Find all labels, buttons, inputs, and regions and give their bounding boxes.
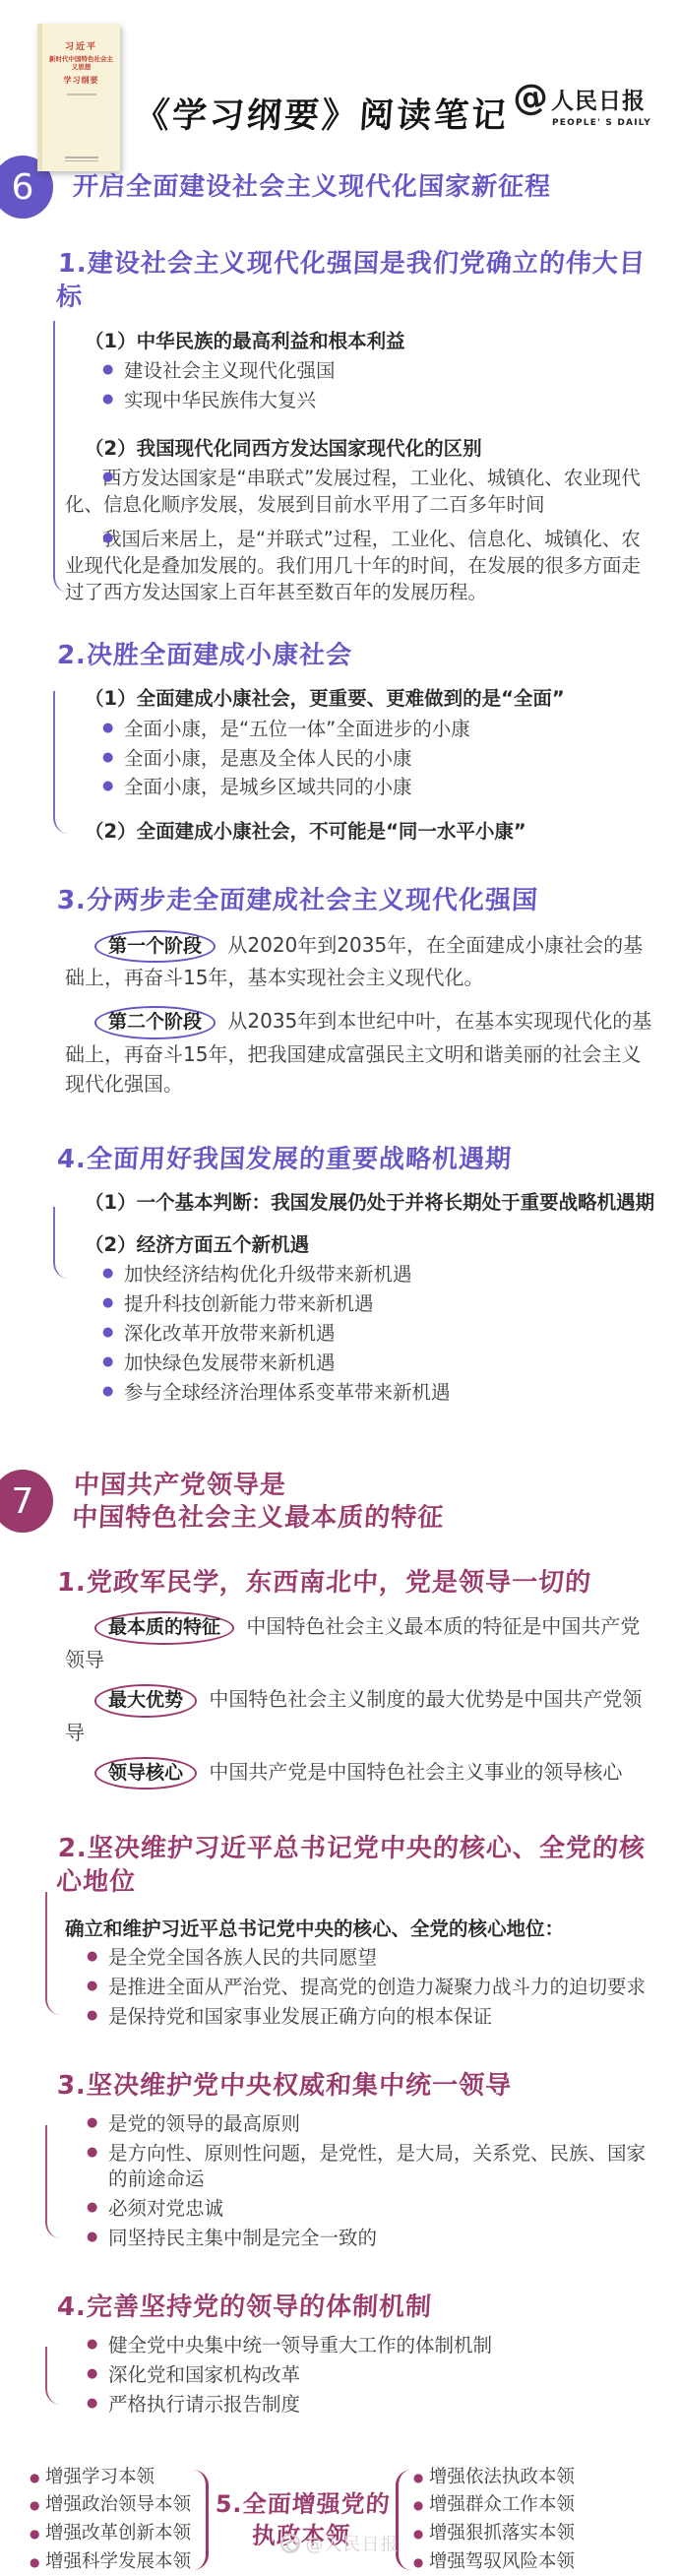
list-item: 是方向性、原则性问题，是党性，是大局，关系党、民族、国家的前途命运 bbox=[87, 2141, 655, 2194]
branch-line bbox=[45, 2125, 61, 2238]
block-6-4: 4.全面用好我国发展的重要战略机遇期 （1）一个基本判断：我国发展仍处于并将长期… bbox=[0, 1144, 679, 1407]
tag-3-label: 领导核心 bbox=[94, 1757, 197, 1791]
branch-line bbox=[45, 2347, 61, 2405]
list-item: 是全党全国各族人民的共同愿望 bbox=[87, 1945, 655, 1972]
section-7-number-badge: 7 bbox=[0, 1470, 53, 1533]
list-item: 全面小康，是城乡区域共同的小康 bbox=[102, 775, 655, 801]
logo-subtitle: PEOPLE' S DAILY bbox=[552, 118, 651, 128]
branch-line bbox=[45, 1892, 61, 2015]
section-6: 6 开启全面建设社会主义现代化国家新征程 1.建设社会主义现代化强国是我们党确立… bbox=[0, 156, 679, 1407]
book-title-line3: 学习纲要 bbox=[47, 75, 115, 86]
list-7-4: 健全党中央集中统一领导重大工作的体制机制 深化党和国家机构改革 严格执行请示报告… bbox=[87, 2333, 655, 2419]
list-6-2-1: 全面小康，是“五位一体”全面进步的小康 全面小康，是惠及全体人民的小康 全面小康… bbox=[102, 717, 655, 802]
watermark-text: @人民日报 bbox=[306, 2531, 400, 2556]
tag-1-label: 最本质的特征 bbox=[94, 1611, 234, 1645]
block-6-1: 1.建设社会主义现代化强国是我们党确立的伟大目标 （1）中华民族的最高利益和根本… bbox=[0, 248, 679, 606]
subheading-6-2-1: （1）全面建成小康社会，更重要、更难做到的是“全面” bbox=[85, 686, 655, 712]
section-7-title: 中国共产党领导是 中国特色社会主义最本质的特征 bbox=[71, 1470, 446, 1534]
section-7: 7 中国共产党领导是 中国特色社会主义最本质的特征 1.党政军民学，东西南北中，… bbox=[0, 1470, 679, 2576]
list-item: 增强群众工作本领 bbox=[413, 2491, 575, 2520]
stage-1: 第一个阶段 从2020年到2035年，在全面建成小康社会的基础上，再奋斗15年，… bbox=[65, 930, 655, 993]
block-7-3: 3.坚决维护党中央权威和集中统一领导 是党的领导的最高原则 是方向性、原则性问题… bbox=[0, 2070, 679, 2252]
list-item: 是保持党和国家事业发展正确方向的根本保证 bbox=[87, 2004, 655, 2031]
branch-line bbox=[53, 1207, 69, 1279]
heading-6-2: 2.决胜全面建成小康社会 bbox=[56, 640, 658, 673]
list-item: 深化党和国家机构改革 bbox=[87, 2362, 655, 2389]
subheading-6-1-1: （1）中华民族的最高利益和根本利益 bbox=[85, 329, 655, 354]
block-7-5: 增强学习本领 增强政治领导本领 增强改革创新本领 增强科学发展本领 5.全面增强… bbox=[30, 2464, 661, 2576]
list-item: 参与全球经济治理体系变革带来新机遇 bbox=[102, 1380, 655, 1407]
list-item: 建设社会主义现代化强国 bbox=[102, 358, 655, 385]
heading-6-3: 3.分两步走全面建成社会主义现代化强国 bbox=[56, 885, 658, 918]
section-7-title-line2: 中国特色社会主义最本质的特征 bbox=[71, 1501, 445, 1534]
block-7-4: 4.完善坚持党的领导的体制机制 健全党中央集中统一领导重大工作的体制机制 深化党… bbox=[0, 2292, 679, 2419]
infographic-page: 习近平 新时代中国特色社会主义思想 学习纲要 《学习纲要》阅读笔记 @ 人民日报… bbox=[0, 0, 679, 2576]
section-7-title-line1: 中国共产党领导是 bbox=[73, 1470, 447, 1502]
heading-7-1: 1.党政军民学，东西南北中，党是领导一切的 bbox=[56, 1567, 658, 1601]
list-item: 严格执行请示报告制度 bbox=[87, 2392, 655, 2419]
book-cover-rule bbox=[67, 94, 96, 95]
heading-6-1: 1.建设社会主义现代化强国是我们党确立的伟大目标 bbox=[55, 248, 659, 315]
tag-2: 最大优势 中国特色社会主义制度的最大优势是中国共产党领导 bbox=[65, 1684, 655, 1747]
list-7-5-left: 增强学习本领 增强政治领导本领 增强改革创新本领 增强科学发展本领 bbox=[30, 2464, 191, 2576]
section-7-header: 7 中国共产党领导是 中国特色社会主义最本质的特征 bbox=[0, 1470, 679, 1534]
section-6-title: 开启全面建设社会主义现代化国家新征程 bbox=[72, 171, 552, 204]
footer-watermark: @人民日报 bbox=[0, 2531, 679, 2556]
list-item: 健全党中央集中统一领导重大工作的体制机制 bbox=[87, 2333, 655, 2359]
list-item: 是党的领导的最高原则 bbox=[87, 2111, 655, 2138]
weibo-icon bbox=[280, 2534, 300, 2553]
at-sign-icon: @ bbox=[511, 79, 551, 119]
list-6-1-2: 西方发达国家是“串联式”发展过程，工业化、城镇化、农业现代化、信息化顺序发展，发… bbox=[65, 466, 655, 606]
heading-7-4: 4.完善坚持党的领导的体制机制 bbox=[56, 2292, 658, 2325]
logo-name: 人民日报 bbox=[551, 83, 646, 115]
list-item: 是推进全面从严治党、提高党的创造力凝聚力战斗力的迫切要求 bbox=[87, 1975, 655, 2001]
stage-2: 第二个阶段 从2035年到本世纪中叶，在基本实现现代化的基础上，再奋斗15年，把… bbox=[65, 1006, 655, 1099]
lead-7-2: 确立和维护习近平总书记党中央的核心、全党的核心地位： bbox=[65, 1916, 655, 1942]
page-title: 《学习纲要》阅读笔记 bbox=[131, 89, 511, 171]
book-cover-text: 习近平 新时代中国特色社会主义思想 学习纲要 bbox=[42, 24, 120, 95]
tag-1: 最本质的特征 中国特色社会主义最本质的特征是中国共产党领导 bbox=[65, 1611, 655, 1674]
tag-3-text: 中国共产党是中国特色社会主义事业的领导核心 bbox=[209, 1760, 622, 1784]
peoples-daily-logo: @ 人民日报 PEOPLE' S DAILY bbox=[513, 81, 651, 171]
list-item: 我国后来居上，是“并联式”过程，工业化、信息化、城镇化、农业现代化是叠加发展的。… bbox=[65, 527, 655, 606]
list-item: 增强学习本领 bbox=[30, 2464, 191, 2492]
book-title-line2: 新时代中国特色社会主义思想 bbox=[47, 55, 115, 72]
list-6-4-2: 加快经济结构优化升级带来新机遇 提升科技创新能力带来新机遇 深化改革开放带来新机… bbox=[102, 1262, 655, 1407]
list-item: 必须对党忠诚 bbox=[87, 2196, 655, 2223]
list-item: 加快绿色发展带来新机遇 bbox=[102, 1351, 655, 1377]
block-6-2: 2.决胜全面建成小康社会 （1）全面建成小康社会，更重要、更难做到的是“全面” … bbox=[0, 640, 679, 846]
list-7-5-right: 增强依法执政本领 增强群众工作本领 增强狠抓落实本领 增强驾驭风险本领 bbox=[413, 2464, 575, 2576]
tag-3: 领导核心 中国共产党是中国特色社会主义事业的领导核心 bbox=[65, 1757, 655, 1791]
heading-7-2: 2.坚决维护习近平总书记党中央的核心、全党的核心地位 bbox=[55, 1833, 659, 1900]
tag-2-label: 最大优势 bbox=[94, 1684, 197, 1718]
book-title-line1: 习近平 bbox=[47, 39, 115, 52]
list-item: 西方发达国家是“串联式”发展过程，工业化、城镇化、农业现代化、信息化顺序发展，发… bbox=[65, 466, 655, 519]
header: 习近平 新时代中国特色社会主义思想 学习纲要 《学习纲要》阅读笔记 @ 人民日报… bbox=[0, 0, 679, 171]
list-6-1-1: 建设社会主义现代化强国 实现中华民族伟大复兴 bbox=[102, 358, 655, 414]
list-item: 全面小康，是“五位一体”全面进步的小康 bbox=[102, 717, 655, 743]
heading-7-5-line1: 5.全面增强党的 bbox=[215, 2488, 392, 2520]
list-7-3: 是党的领导的最高原则 是方向性、原则性问题，是党性，是大局，关系党、民族、国家的… bbox=[87, 2111, 655, 2253]
heading-6-4: 4.全面用好我国发展的重要战略机遇期 bbox=[56, 1144, 658, 1177]
list-item: 同坚持民主集中制是完全一致的 bbox=[87, 2226, 655, 2252]
list-item: 增强政治领导本领 bbox=[30, 2491, 191, 2520]
list-item: 全面小康，是惠及全体人民的小康 bbox=[102, 746, 655, 773]
block-7-1: 1.党政军民学，东西南北中，党是领导一切的 最本质的特征 中国特色社会主义最本质… bbox=[0, 1567, 679, 1791]
block-7-2: 2.坚决维护习近平总书记党中央的核心、全党的核心地位 确立和维护习近平总书记党中… bbox=[0, 1833, 679, 2031]
list-7-2: 是全党全国各族人民的共同愿望 是推进全面从严治党、提高党的创造力凝聚力战斗力的迫… bbox=[87, 1945, 655, 2031]
list-item: 提升科技创新能力带来新机遇 bbox=[102, 1291, 655, 1318]
stage-2-label: 第二个阶段 bbox=[94, 1006, 216, 1039]
list-item: 实现中华民族伟大复兴 bbox=[102, 388, 655, 414]
subheading-6-1-2: （2）我国现代化同西方发达国家现代化的区别 bbox=[85, 436, 655, 462]
stage-1-label: 第一个阶段 bbox=[94, 930, 216, 964]
subheading-6-4-1: （1）一个基本判断：我国发展仍处于并将长期处于重要战略机遇期 bbox=[85, 1190, 655, 1216]
block-6-3: 3.分两步走全面建成社会主义现代化强国 第一个阶段 从2020年到2035年，在… bbox=[0, 885, 679, 1099]
list-item: 深化改革开放带来新机遇 bbox=[102, 1321, 655, 1348]
heading-7-3: 3.坚决维护党中央权威和集中统一领导 bbox=[56, 2070, 658, 2104]
list-item: 增强依法执政本领 bbox=[413, 2464, 575, 2492]
branch-line bbox=[53, 691, 69, 834]
subheading-6-4-2: （2）经济方面五个新机遇 bbox=[85, 1232, 655, 1258]
subheading-6-2-2: （2）全面建成小康社会，不可能是“同一水平小康” bbox=[85, 819, 655, 845]
book-cover-image: 习近平 新时代中国特色社会主义思想 学习纲要 bbox=[37, 24, 120, 171]
book-publisher-marks bbox=[42, 155, 120, 163]
list-item: 加快经济结构优化升级带来新机遇 bbox=[102, 1262, 655, 1288]
